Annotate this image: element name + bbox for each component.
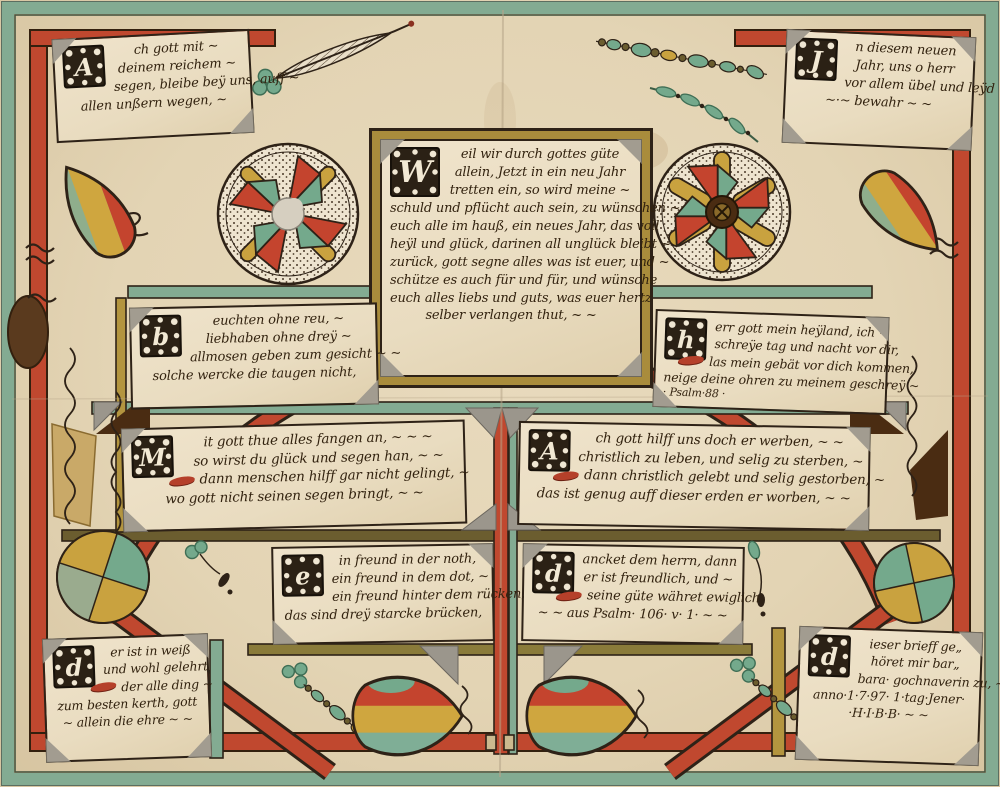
illuminated-initial: h [664, 317, 707, 360]
tulip-icon [346, 665, 467, 769]
panel-text: W eil wir durch gottes güte allein, Jetz… [390, 146, 632, 370]
illuminated-initial: A [528, 429, 571, 472]
text-line: der alle ding ~ [121, 674, 213, 694]
panel-text: d ieser brieff ge„ höret mir bar„ bara· … [805, 633, 973, 759]
panel-lower-left: e in freund in der noth, ein freund in d… [271, 543, 495, 645]
illuminated-initial: M [131, 435, 174, 478]
panel-text: h err gott mein heÿland, ich ~ schreÿe t… [663, 316, 880, 407]
panel-top-left: A ch gott mit ~ deinem reichem ~ segen, … [51, 29, 254, 143]
panel-top-right: J n diesem neuen Jahr, uns o herr vor al… [782, 29, 977, 151]
text-line: ~ ~ aus Psalm· 106· v· 1· ~ ~ [531, 604, 733, 625]
pinwheel-rosette [218, 144, 358, 284]
panel-lower-right: d ancket dem herrn, dann er ist freundli… [521, 543, 745, 645]
panel-left-middle: b euchten ohne reu, ~ liebhaben ohne dre… [129, 302, 379, 409]
panel-text: A ch gott mit ~ deinem reichem ~ segen, … [62, 36, 244, 135]
illuminated-initial: W [390, 147, 440, 197]
illuminated-initial: b [139, 315, 182, 358]
text-line: ~ allein die ehre ~ ~ [55, 709, 202, 731]
tulip-icon [520, 665, 641, 769]
panel-text: d er ist in weiß und wohl gelehrt der al… [52, 640, 202, 755]
panel-right-middle: h err gott mein heÿland, ich ~ schreÿe t… [652, 309, 889, 415]
text-line: solche wercke die taugen nicht, [140, 363, 368, 386]
panel-text: e in freund in der noth, ein freund in d… [281, 550, 484, 638]
panel-text: b euchten ohne reu, ~ liebhaben ohne dre… [139, 310, 369, 403]
panel-text: A ch gott hilff uns doch er werben, ~ ~ … [527, 428, 861, 524]
panel-bottom-left: d er ist in weiß und wohl gelehrt der al… [42, 633, 212, 763]
text-line: wo gott nicht seinen segen bringt, ~ ~ [132, 483, 456, 510]
illuminated-initial: d [532, 551, 575, 594]
illuminated-initial: d [52, 645, 95, 688]
illuminated-initial: A [62, 45, 106, 89]
tulip-icon [31, 125, 186, 294]
text-line: euch alle im hauß, ein neues Jahr, das v… [390, 218, 632, 236]
text-line: heÿl und glück, darinen all unglück blei… [390, 236, 632, 254]
text-line: schuld und pflücht auch sein, zu wünsche… [390, 200, 632, 218]
text-line: schütze es auch für und für, und wünsche [390, 272, 632, 290]
text-line: zurück, gott segne alles was ist euer, u… [390, 254, 632, 272]
text-line: das sind dreÿ starcke brücken, [282, 604, 484, 625]
panel-text: J n diesem neuen Jahr, uns o herr vor al… [792, 36, 966, 143]
illuminated-initial: J [794, 37, 838, 81]
panel-mid-left: M it gott thue alles fangen an, ~ ~ ~ so… [121, 420, 468, 533]
text-line-group: seine güte währet ewiglich [582, 587, 734, 608]
panel-text: M it gott thue alles fangen an, ~ ~ ~ so… [131, 427, 457, 525]
leaf-vine-icon [650, 85, 758, 142]
panel-center-greeting: W eil wir durch gottes güte allein, Jetz… [380, 139, 642, 377]
fraktur-manuscript-page: A ch gott mit ~ deinem reichem ~ segen, … [0, 0, 1000, 787]
panel-text: d ancket dem herrn, dann er ist freundli… [531, 550, 734, 638]
text-line: selber verlangen thut, ~ ~ [390, 307, 632, 325]
text-line: euch alles liebs und guts, was euer hert… [390, 290, 632, 308]
panel-mid-right: A ch gott hilff uns doch er werben, ~ ~ … [517, 421, 871, 531]
illuminated-initial: d [808, 634, 851, 677]
illuminated-initial: e [281, 554, 324, 597]
leaf-sprig-icon [186, 541, 233, 595]
panel-bottom-right: d ieser brieff ge„ höret mir bar„ bara· … [795, 626, 984, 766]
